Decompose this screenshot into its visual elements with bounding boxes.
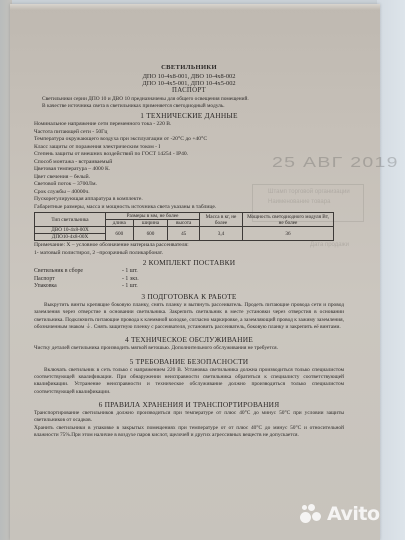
kit-item-name: Паспорт [34,276,122,284]
dimensions-table: Тип светильника Размеры в мм, не более М… [34,212,334,241]
avito-wordmark: Avito [327,503,380,525]
spec-line: Степень защиты от внешних воздействий по… [34,151,344,159]
spec-line: Срок службы – 40000ч. [34,189,344,197]
table-note: 1- матовый полистирол, 2 –прозрачный пол… [34,250,344,258]
section-heading-preparation: 3 ПОДГОТОВКА К РАБОТЕ [34,293,344,300]
col-header-dimensions: Размеры в мм, не более [106,213,200,220]
kit-item-name: Светильник в сборе [34,268,122,276]
cell-type: ДВО 10-4х8-00Х [35,227,106,234]
model-line: ДПО 10-4х8-001, ДВО 10-4х8-002 [34,73,344,80]
col-header-height: высота [168,220,200,227]
kit-item-qty: - 1 экз. [122,276,139,284]
cell-power: 36 [243,227,334,241]
avito-logo-icon [300,503,324,525]
section-heading-kit: 2 КОМПЛЕКТ ПОСТАВКИ [34,259,344,266]
spec-line: Температура окружающего воздуха при эксп… [34,136,344,144]
model-line: ДПО 10-4х5-001, ДПО 10-4х5-002 [34,80,344,87]
col-header-mass: Масса в кг, не более [200,213,243,227]
passport-document: СВЕТИЛЬНИКИ ДПО 10-4х8-001, ДВО 10-4х8-0… [34,64,344,439]
kit-item: Паспорт - 1 экз. [34,276,344,284]
kit-item: Светильник в сборе - 1 шт. [34,268,344,276]
kit-item-qty: - 1 шт. [122,283,138,291]
cell-height: 45 [168,227,200,241]
col-header-power: Мощность светодиодного модуля Вт, не бол… [243,213,334,227]
technical-data-list: Номинальное напряжение сети переменного … [34,121,344,211]
avito-watermark: Avito [300,503,380,525]
cell-width: 600 [133,227,168,241]
section-heading-storage: 6 ПРАВИЛА ХРАНЕНИЯ И ТРАНСПОРТИРОВАНИЯ [34,401,344,408]
cell-type: ДПО10-4х8-00Х [35,234,106,241]
storage-text: Хранить светильники в упаковке в закрыты… [34,425,344,440]
maintenance-text: Чистку деталей светильника производить м… [34,345,344,352]
col-header-width: ширина [133,220,168,227]
document-title: СВЕТИЛЬНИКИ [34,64,344,71]
section-heading-technical: 1 ТЕХНИЧЕСКИЕ ДАННЫЕ [34,112,344,119]
spec-line: Пускорегулирующая аппаратура в комплекте… [34,196,344,204]
spec-line: Способ монтажа - встраиваемый [34,159,344,167]
background-right [377,0,405,540]
spec-line: Световой поток – 3700Лм. [34,181,344,189]
section-heading-maintenance: 4 ТЕХНИЧЕСКОЕ ОБСЛУЖИВАНИЕ [34,336,344,343]
intro-line: В качестве источника света в светильника… [34,103,344,110]
col-header-type: Тип светильника [35,213,106,227]
cell-length: 600 [106,227,134,241]
section-heading-safety: 5 ТРЕБОВАНИЕ БЕЗОПАСНОСТИ [34,358,344,365]
safety-text: Включать светильник в сеть только с напр… [34,367,344,396]
spec-line: Габаритные размеры, масса и мощность ист… [34,204,344,212]
kit-item-name: Упаковка [34,283,122,291]
kit-item: Упаковка - 1 шт. [34,283,344,291]
table-note: Примечание: Х – условное обозначение мат… [34,242,344,250]
spec-line: Цветовая температура – 4000 К. [34,166,344,174]
cell-mass: 3,4 [200,227,243,241]
col-header-length: длина [106,220,134,227]
kit-item-qty: - 1 шт. [122,268,138,276]
document-subtitle: ПАСПОРТ [34,87,344,94]
storage-text: Транспортирование светильников должно пр… [34,410,344,425]
spec-line: Номинальное напряжение сети переменного … [34,121,344,129]
preparation-text: Выкрутить винты крепящие боковую планку,… [34,302,344,331]
